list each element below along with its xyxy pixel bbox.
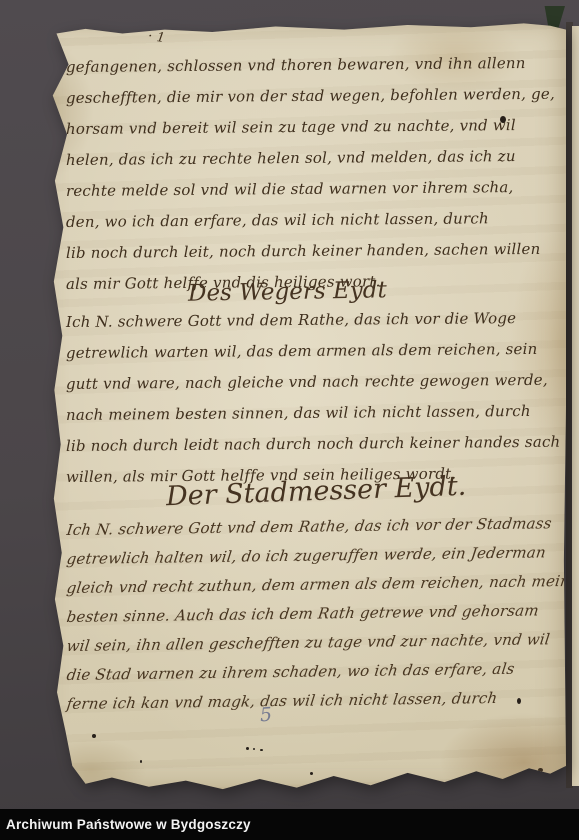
photo-mat: · 1 gefangenen, schlossen vnd thoren bew… xyxy=(0,0,579,840)
ink-speck xyxy=(246,747,249,750)
manuscript-line: lib noch durch leidt nach durch noch dur… xyxy=(66,433,561,468)
manuscript-page-wrap: · 1 gefangenen, schlossen vnd thoren bew… xyxy=(38,18,566,793)
adjacent-page-edge xyxy=(572,26,579,786)
manuscript-line: horsam vnd bereit wil sein zu tage vnd z… xyxy=(66,116,555,151)
section-heading-wegers-eydt: Des Wegers Eydt xyxy=(188,277,387,306)
manuscript-line: nach meinem besten sinnen, das wil ich n… xyxy=(66,402,561,437)
manuscript-line: gefangenen, schlossen vnd thoren bewaren… xyxy=(66,54,555,89)
ink-speck xyxy=(140,760,142,763)
manuscript-page: · 1 gefangenen, schlossen vnd thoren bew… xyxy=(38,18,566,793)
manuscript-line: den, wo ich dan erfare, das wil ich nich… xyxy=(66,209,555,244)
archive-footer-bar: Archiwum Państwowe w Bydgoszczy xyxy=(0,809,579,840)
manuscript-line: rechte melde sol vnd wil die stad warnen… xyxy=(66,178,555,213)
page-number: 5 xyxy=(259,704,273,727)
manuscript-line: helen, das ich zu rechte helen sol, vnd … xyxy=(66,147,555,182)
ink-speck xyxy=(517,698,521,704)
manuscript-line: ferne ich kan vnd magk, das wil ich nich… xyxy=(64,688,579,724)
oath-paragraph-2: Ich N. schwere Gott vnd dem Rathe, das i… xyxy=(66,313,560,499)
manuscript-line: geschefften, die mir von der stad wegen,… xyxy=(66,85,555,120)
ink-speck xyxy=(538,768,543,772)
ink-speck xyxy=(310,772,313,775)
oath-paragraph-1: gefangenen, schlossen vnd thoren bewaren… xyxy=(66,58,555,306)
ink-speck xyxy=(253,748,255,750)
archive-name: Archiwum Państwowe w Bydgoszczy xyxy=(0,817,251,832)
ink-speck xyxy=(500,116,506,123)
ink-speck xyxy=(56,138,61,152)
oath-paragraph-3: Ich N. schwere Gott vnd dem Rathe, das i… xyxy=(66,521,579,724)
ink-speck xyxy=(92,734,96,738)
manuscript-line: gutt vnd ware, nach gleiche vnd nach rec… xyxy=(66,371,561,406)
manuscript-line: Ich N. schwere Gott vnd dem Rathe, das i… xyxy=(66,309,561,344)
manuscript-line: getrewlich warten wil, das dem armen als… xyxy=(66,340,561,375)
folio-mark: · 1 xyxy=(147,29,166,46)
manuscript-line: lib noch durch leit, noch durch keiner h… xyxy=(66,240,555,275)
ink-speck xyxy=(260,749,263,751)
